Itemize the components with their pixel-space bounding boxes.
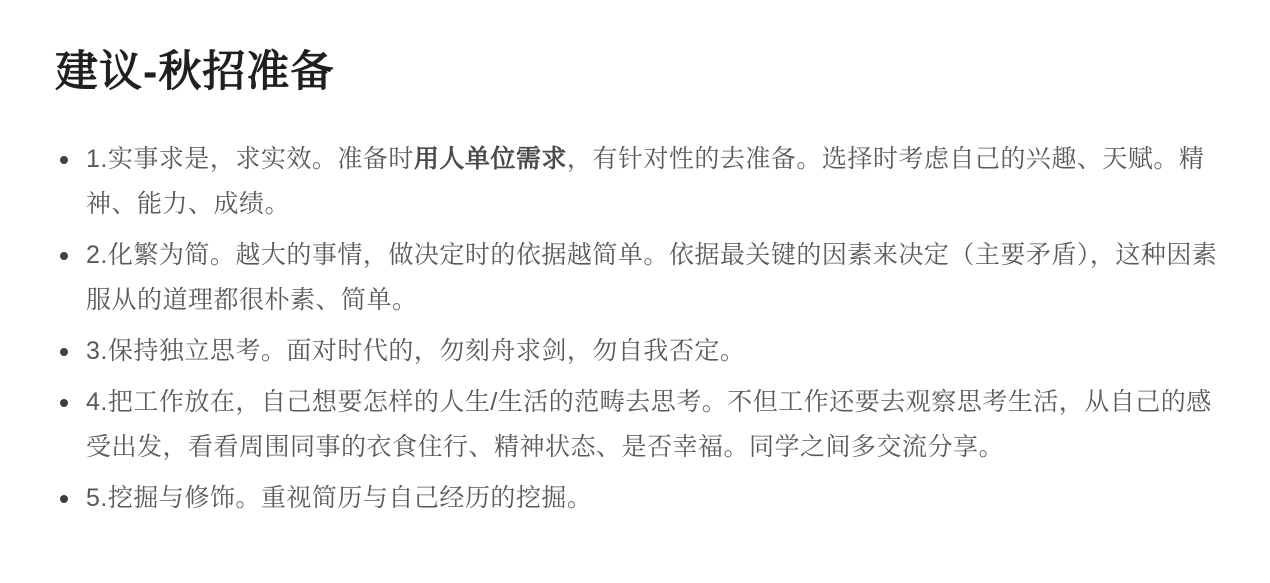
text-segment: 3.保持独立思考。面对时代的，勿刻舟求剑，勿自我否定。	[86, 337, 745, 365]
bullet-dot-icon	[60, 495, 68, 503]
list-item-text: 2.化繁为简。越大的事情，做决定时的依据越简单。依据最关键的因素来决定（主要矛盾…	[86, 233, 1232, 323]
text-segment: 5.挖掘与修饰。重视简历与自己经历的挖掘。	[86, 484, 592, 512]
list-item-text: 5.挖掘与修饰。重视简历与自己经历的挖掘。	[86, 476, 1232, 521]
list-item-text: 4.把工作放在，自己想要怎样的人生/生活的范畴去思考。不但工作还要去观察思考生活…	[86, 380, 1232, 470]
text-segment: 1.实事求是，求实效。准备时	[86, 145, 414, 173]
bullet-list: 1.实事求是，求实效。准备时用人单位需求，有针对性的去准备。选择时考虑自己的兴趣…	[60, 137, 1232, 527]
page-title: 建议-秋招准备	[55, 46, 334, 100]
text-segment: 2.化繁为简。越大的事情，做决定时的依据越简单。依据最关键的因素来决定（主要矛盾…	[86, 241, 1217, 314]
text-segment: 4.把工作放在，自己想要怎样的人生/生活的范畴去思考。不但工作还要去观察思考生活…	[86, 388, 1212, 461]
list-item: 4.把工作放在，自己想要怎样的人生/生活的范畴去思考。不但工作还要去观察思考生活…	[60, 380, 1232, 470]
slide-canvas: 建议-秋招准备 1.实事求是，求实效。准备时用人单位需求，有针对性的去准备。选择…	[0, 0, 1270, 583]
list-item-text: 1.实事求是，求实效。准备时用人单位需求，有针对性的去准备。选择时考虑自己的兴趣…	[86, 137, 1232, 227]
list-item: 1.实事求是，求实效。准备时用人单位需求，有针对性的去准备。选择时考虑自己的兴趣…	[60, 137, 1232, 227]
list-item: 3.保持独立思考。面对时代的，勿刻舟求剑，勿自我否定。	[60, 329, 1232, 374]
list-item: 2.化繁为简。越大的事情，做决定时的依据越简单。依据最关键的因素来决定（主要矛盾…	[60, 233, 1232, 323]
bullet-dot-icon	[60, 348, 68, 356]
bullet-dot-icon	[60, 252, 68, 260]
list-item-text: 3.保持独立思考。面对时代的，勿刻舟求剑，勿自我否定。	[86, 329, 1232, 374]
bullet-dot-icon	[60, 156, 68, 164]
list-item: 5.挖掘与修饰。重视简历与自己经历的挖掘。	[60, 476, 1232, 521]
bullet-dot-icon	[60, 399, 68, 407]
text-segment-bold: 用人单位需求	[414, 145, 567, 173]
